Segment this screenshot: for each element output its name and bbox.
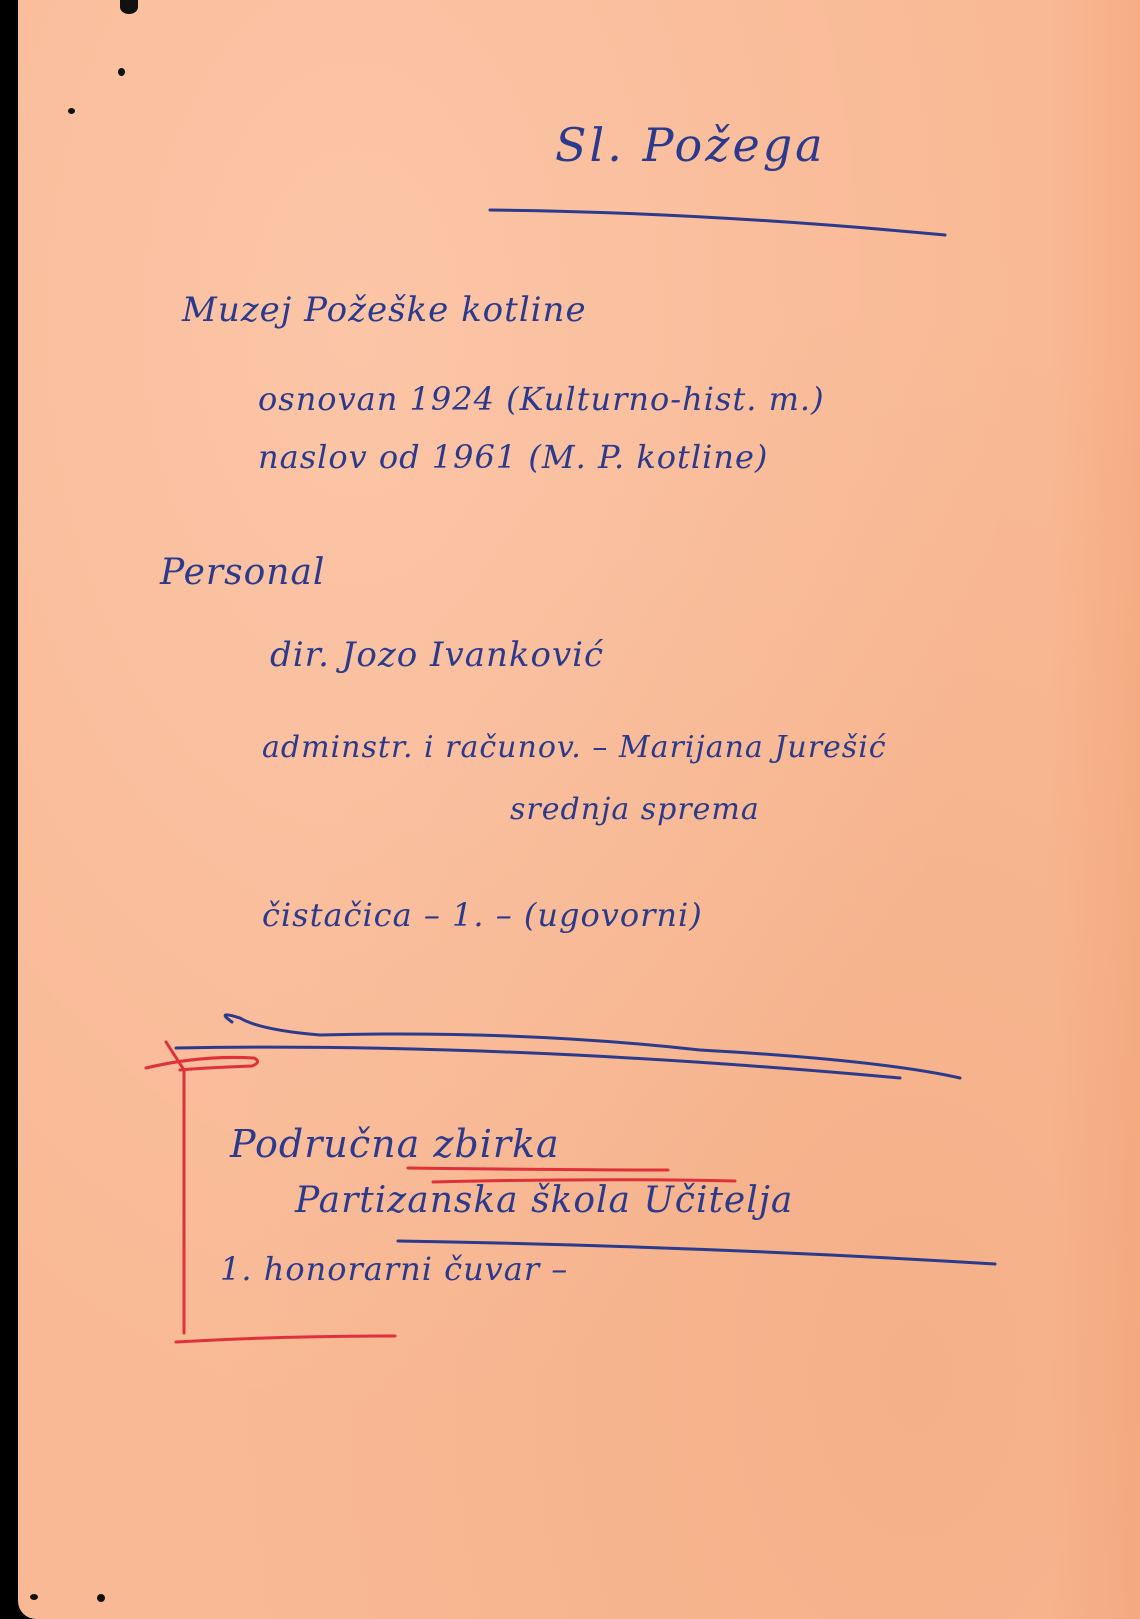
paper-hole-artifact <box>97 1594 105 1602</box>
document-title: Sl. Požega <box>555 118 826 172</box>
collection-note: 1. honorarni čuvar – <box>220 1250 568 1288</box>
personnel-admin-note: srednja sprema <box>510 792 760 827</box>
paper-hole-artifact <box>30 1594 38 1600</box>
collection-heading: Područna zbirka <box>230 1122 560 1166</box>
personnel-heading: Personal <box>160 552 325 593</box>
museum-name: Muzej Požeške kotline <box>182 290 587 330</box>
museum-named-since: naslov od 1961 (M. P. kotline) <box>258 438 768 476</box>
personnel-admin: adminstr. i računov. – Marijana Jurešić <box>262 730 887 765</box>
scan-notch-artifact <box>120 0 138 14</box>
paper-hole-artifact <box>68 108 75 114</box>
paper-hole-artifact <box>118 68 125 76</box>
collection-item: Partizanska škola Učitelja <box>295 1180 793 1221</box>
personnel-cleaner: čistačica – 1. – (ugovorni) <box>262 896 703 934</box>
personnel-director: dir. Jozo Ivanković <box>270 635 604 675</box>
museum-founded: osnovan 1924 (Kulturno-hist. m.) <box>258 380 825 418</box>
